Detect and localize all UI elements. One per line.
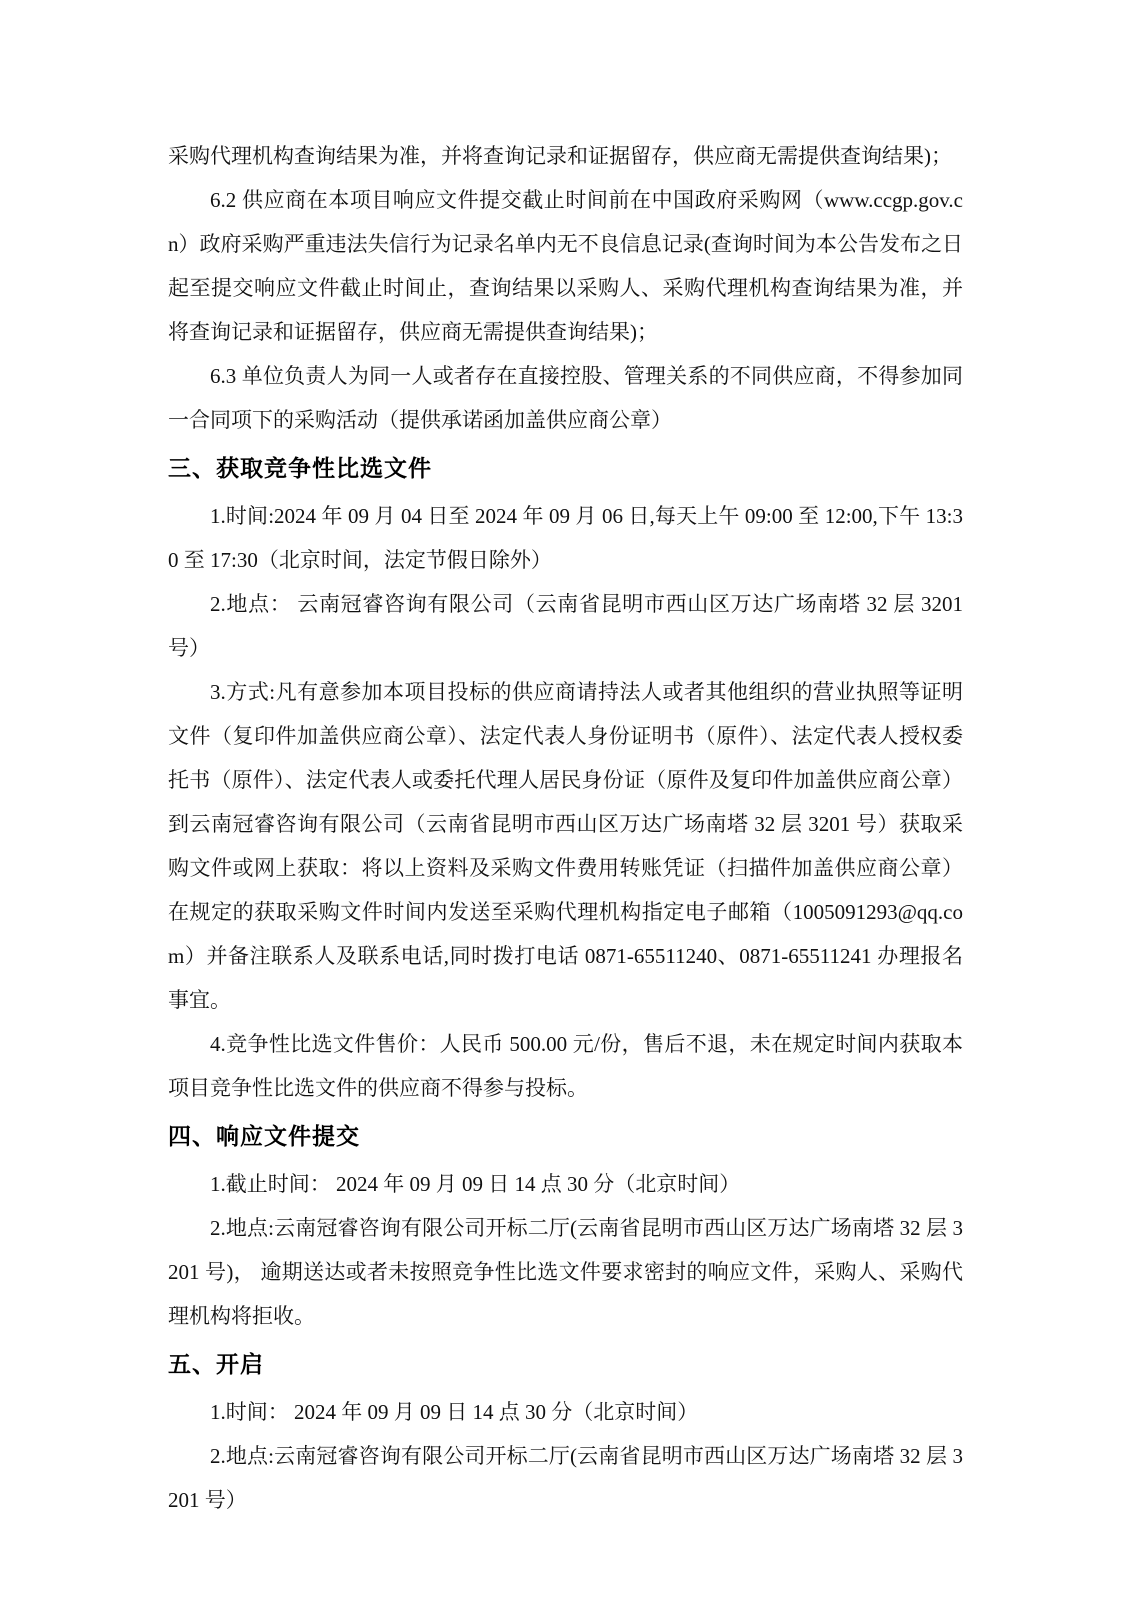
paragraph: 2.地点:云南冠睿咨询有限公司开标二厅(云南省昆明市西山区万达广场南塔 32 层… [168, 1206, 963, 1338]
document-content: 采购代理机构查询结果为准，并将查询记录和证据留存，供应商无需提供查询结果)；6.… [168, 134, 963, 1522]
paragraph: 2.地点:云南冠睿咨询有限公司开标二厅(云南省昆明市西山区万达广场南塔 32 层… [168, 1434, 963, 1522]
paragraph: 1.截止时间： 2024 年 09 月 09 日 14 点 30 分（北京时间） [168, 1162, 963, 1206]
section-heading: 三、获取竞争性比选文件 [168, 445, 963, 491]
paragraph: 4.竞争性比选文件售价：人民币 500.00 元/份，售后不退，未在规定时间内获… [168, 1022, 963, 1110]
paragraph: 1.时间： 2024 年 09 月 09 日 14 点 30 分（北京时间） [168, 1390, 963, 1434]
paragraph: 1.时间:2024 年 09 月 04 日至 2024 年 09 月 06 日,… [168, 494, 963, 582]
section-heading: 四、响应文件提交 [168, 1113, 963, 1159]
paragraph: 6.3 单位负责人为同一人或者存在直接控股、管理关系的不同供应商，不得参加同一合… [168, 354, 963, 442]
document-page: 采购代理机构查询结果为准，并将查询记录和证据留存，供应商无需提供查询结果)；6.… [0, 0, 1131, 1600]
paragraph: 3.方式:凡有意参加本项目投标的供应商请持法人或者其他组织的营业执照等证明文件（… [168, 670, 963, 1022]
paragraph: 6.2 供应商在本项目响应文件提交截止时间前在中国政府采购网（www.ccgp.… [168, 178, 963, 354]
paragraph: 2.地点： 云南冠睿咨询有限公司（云南省昆明市西山区万达广场南塔 32 层 32… [168, 582, 963, 670]
paragraph: 采购代理机构查询结果为准，并将查询记录和证据留存，供应商无需提供查询结果)； [168, 134, 963, 178]
section-heading: 五、开启 [168, 1341, 963, 1387]
